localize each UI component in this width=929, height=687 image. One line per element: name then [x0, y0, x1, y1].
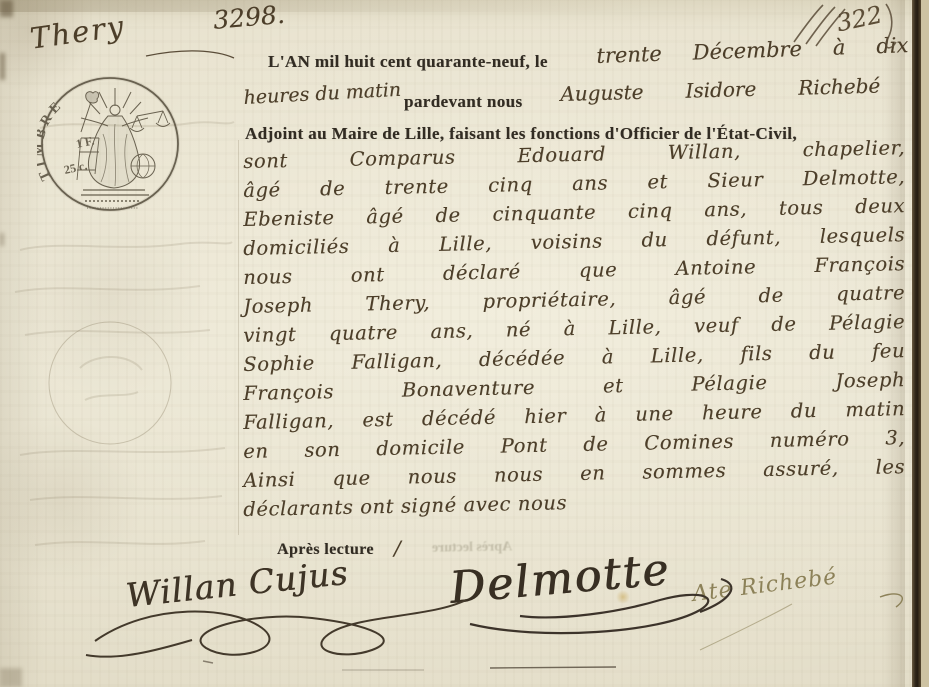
- act-line1-handwritten-date: trente Décembre à dix: [596, 33, 909, 68]
- act-line2-printed: pardevant nous: [404, 92, 523, 112]
- top-edge-shading: [0, 0, 929, 12]
- corner-smudge: [0, 668, 22, 687]
- signature-officer-richebe: Ate Richebé: [691, 564, 839, 607]
- bleedthrough-stamp-circle: [49, 322, 171, 444]
- timbre-revenue-stamp-icon: TIMBRE 1 F. 25 c.: [37, 74, 185, 216]
- thery-flourish: [146, 51, 234, 58]
- folio-number-annotation: 322: [834, 0, 885, 37]
- margin-fold-line: [238, 140, 239, 535]
- death-record-scan: 3298. Thery 322 TIMBRE: [0, 0, 929, 687]
- stamp-value-cent: 25 c.: [63, 158, 89, 177]
- signature-witness-willan: Willan Cujus: [124, 553, 350, 615]
- act-line2-handwritten-time: heures du matin: [243, 79, 402, 109]
- page-edge-strip: [921, 0, 929, 687]
- act-number-annotation: 3298.: [212, 0, 286, 35]
- bleedthrough-closing-text: Après lecture: [432, 539, 512, 556]
- binding-edge: [912, 0, 921, 687]
- edge-smudge: [0, 233, 4, 246]
- corner-smudge: [0, 0, 13, 17]
- edge-smudge: [0, 53, 5, 80]
- act-line2-handwritten-officer-name: Auguste Isidore Richebé: [560, 74, 881, 106]
- deceased-surname-annotation: Thery: [28, 9, 127, 56]
- closing-ink-mark: /: [394, 536, 401, 560]
- act-line1-printed: L'AN mil huit cent quarante-neuf, le: [268, 52, 548, 72]
- body-line: déclarants ont signé avec nous: [243, 491, 567, 521]
- stamp-title-curved: TIMBRE: [37, 97, 67, 183]
- bottom-rules: [203, 661, 616, 670]
